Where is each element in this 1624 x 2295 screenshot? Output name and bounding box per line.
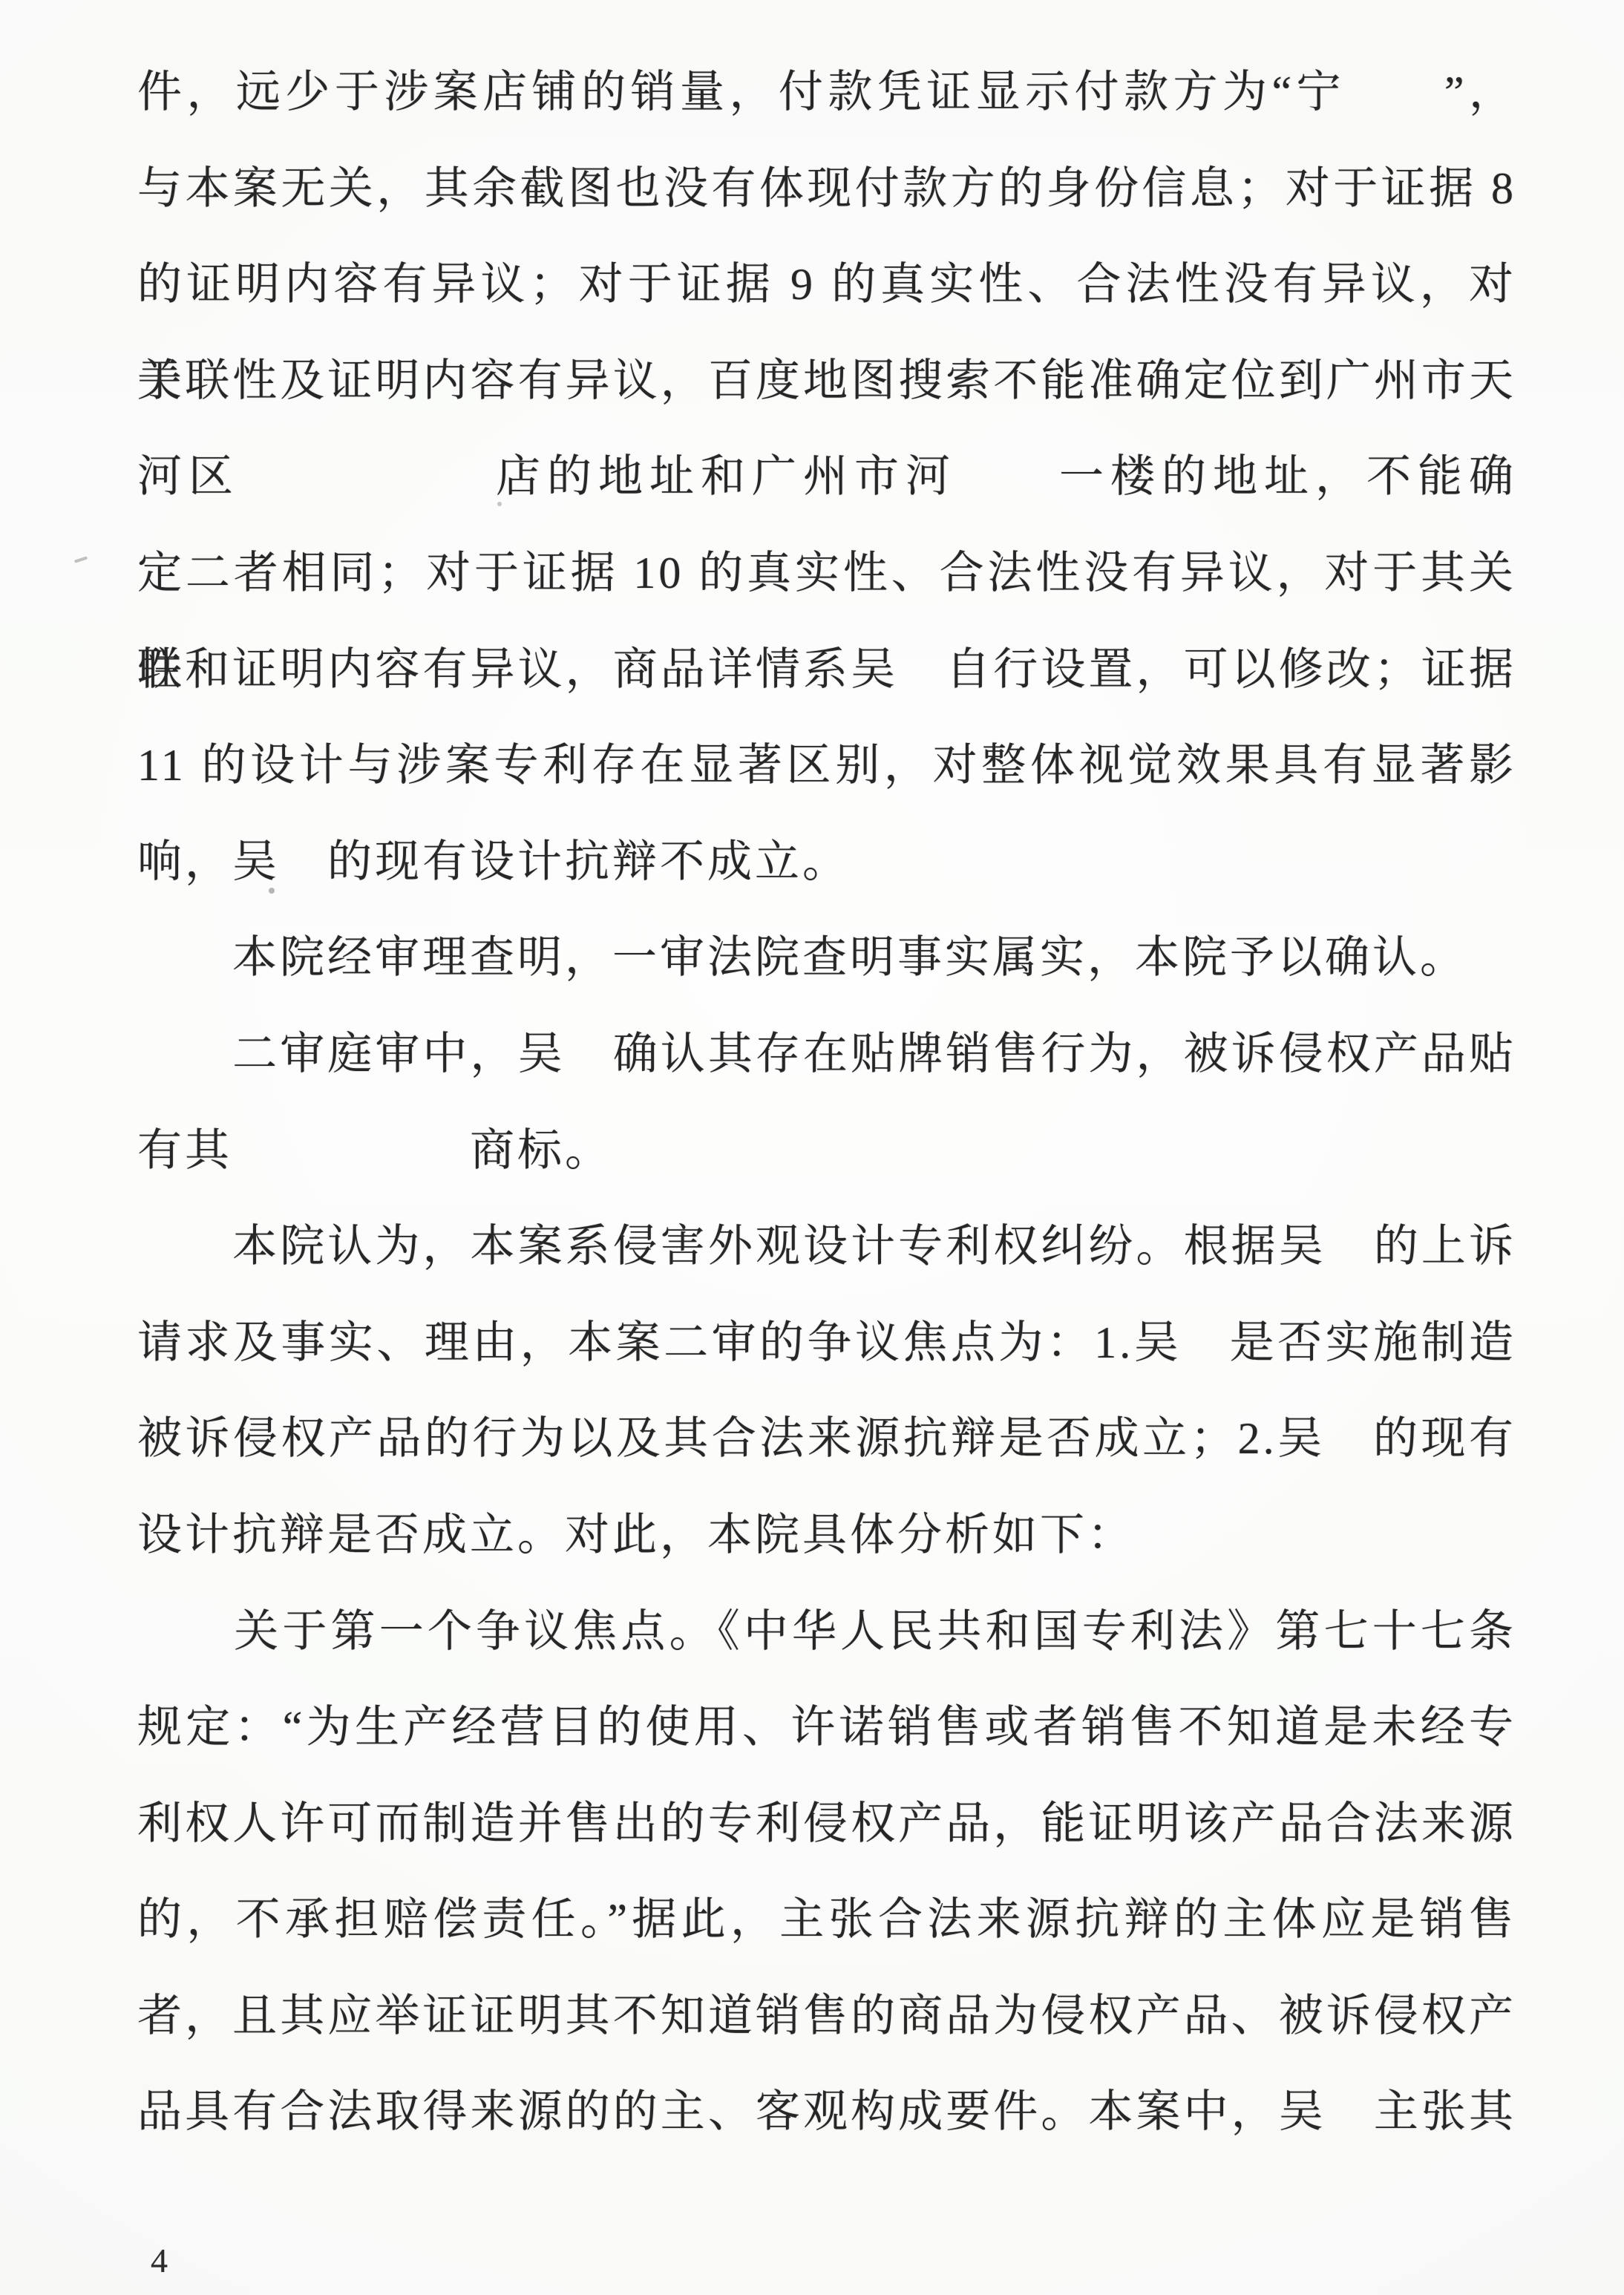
text-line: 性和证明内容有异议，商品详情系吴 自行设置，可以修改；证据: [137, 622, 1516, 718]
text-line: 定二者相同；对于证据 10 的真实性、合法性没有异议，对于其关联: [137, 526, 1516, 622]
text-line: 本院认为，本案系侵害外观设计专利权纠纷。根据吴 的上诉: [137, 1199, 1516, 1295]
text-line: 关于第一个争议焦点。《中华人民共和国专利法》第七十七条: [137, 1584, 1516, 1680]
text-line: 河区 店的地址和广州市河 一楼的地址，不能确: [137, 429, 1516, 526]
text-line: 规定：“为生产经营目的使用、许诺销售或者销售不知道是未经专: [137, 1680, 1516, 1776]
text-line: 者，且其应举证证明其不知道销售的商品为侵权产品、被诉侵权产: [137, 1968, 1516, 2065]
text-line: 与本案无关，其余截图也没有体现付款方的身份信息；对于证据 8: [137, 141, 1516, 238]
text-line: 品具有合法取得来源的的主、客观构成要件。本案中，吴 主张其: [137, 2064, 1516, 2161]
text-line: 关联性及证明内容有异议，百度地图搜索不能准确定位到广州市天: [137, 333, 1516, 430]
text-line: 有其 商标。: [137, 1103, 1516, 1199]
text-line: 设计抗辩是否成立。对此，本院具体分析如下：: [137, 1487, 1516, 1584]
text-line: 二审庭审中，吴 确认其存在贴牌销售行为，被诉侵权产品贴: [137, 1006, 1516, 1103]
text-line: 的证明内容有异议；对于证据 9 的真实性、合法性没有异议，对于: [137, 237, 1516, 333]
text-line: 请求及事实、理由，本案二审的争议焦点为：1.吴 是否实施制造: [137, 1295, 1516, 1392]
text-line: 件，远少于涉案店铺的销量，付款凭证显示付款方为“宁 ”，: [137, 45, 1516, 141]
text-line: 利权人许可而制造并售出的专利侵权产品，能证明该产品合法来源: [137, 1776, 1516, 1873]
text-line: 的，不承担赔偿责任。”据此，主张合法来源抗辩的主体应是销售: [137, 1872, 1516, 1968]
page-number-footer: 4: [151, 2242, 168, 2280]
scan-artifact-dot: [269, 888, 275, 894]
scanned-document-page: 件，远少于涉案店铺的销量，付款凭证显示付款方为“宁 ”，与本案无关，其余截图也没…: [0, 0, 1624, 2295]
text-line: 11 的设计与涉案专利存在显著区别，对整体视觉效果具有显著影: [137, 718, 1516, 814]
judgment-body-text: 件，远少于涉案店铺的销量，付款凭证显示付款方为“宁 ”，与本案无关，其余截图也没…: [137, 45, 1516, 2161]
text-line: 本院经审理查明，一审法院查明事实属实，本院予以确认。: [137, 910, 1516, 1006]
text-line: 响，吴 的现有设计抗辩不成立。: [137, 814, 1516, 911]
text-line: 被诉侵权产品的行为以及其合法来源抗辩是否成立；2.吴 的现有: [137, 1391, 1516, 1487]
scan-artifact-dash: [74, 556, 88, 563]
scan-artifact-dot: [497, 502, 502, 506]
